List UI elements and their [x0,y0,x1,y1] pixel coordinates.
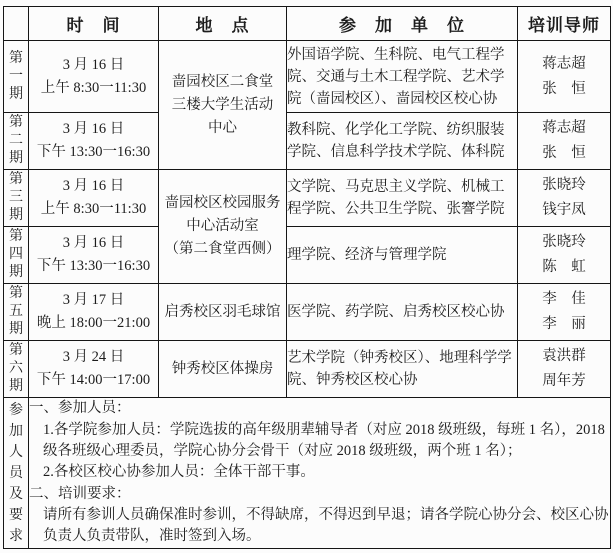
notes-label-cell: 参加人员及要求 [4,398,29,549]
units-cell: 理学院、经济与管理学院 [287,227,518,284]
session-row-1: 第一期 3 月 16 日 上午 8:30一11:30 啬园校区二食堂 三楼大学生… [4,41,611,113]
period-label: 第一期 [9,50,24,104]
units-cell: 教科院、化学化工学院、纺织服装学院、信息科学技术学院、体科院 [287,113,518,170]
period-cell: 第六期 [4,341,29,398]
note-line: 2.各校区校心协参加人员：全体干部干事。 [29,462,610,483]
period-cell: 第五期 [4,284,29,341]
session-row-3: 第三期 3 月 16 日 上午 8:30一11:30 啬园校区校园服务 中心活动… [4,170,611,227]
session-row-6: 第六期 3 月 24 日 下午 14:00一17:00 钟秀校区体操房 艺术学院… [4,341,611,398]
period-cell: 第二期 [4,113,29,170]
header-location-cell: 地 点 [159,7,287,41]
units-cell: 文学院、马克思主义学院、机械工程学院、公共卫生学院、张謇学院 [287,170,518,227]
location-cell: 钟秀校区体操房 [159,341,287,398]
mentor-cell: 蒋志超 张 恒 [518,41,611,113]
notes-label: 参加人员及要求 [9,400,24,547]
mentor-cell: 袁洪群 周年芳 [518,341,611,398]
time-cell: 3 月 16 日 上午 8:30一11:30 [29,170,159,227]
header-units-cell: 参 加 单 位 [287,7,518,41]
time-cell: 3 月 16 日 下午 13:30一16:30 [29,113,159,170]
training-schedule-table: 时 间 地 点 参 加 单 位 培训导师 第一期 3 月 16 日 上午 8:3… [3,6,611,549]
time-cell: 3 月 17 日 晚上 18:00一21:00 [29,284,159,341]
time-cell: 3 月 16 日 下午 13:30一16:30 [29,227,159,284]
units-cell: 艺术学院（钟秀校区）、地理科学学院、钟秀校区校心协 [287,341,518,398]
time-cell: 3 月 24 日 下午 14:00一17:00 [29,341,159,398]
notes-row: 参加人员及要求 一、参加人员： 1.各学院参加人员：学院选拔的高年级朋辈辅导者（… [4,398,611,549]
header-row: 时 间 地 点 参 加 单 位 培训导师 [4,7,611,41]
header-time-cell: 时 间 [29,7,159,41]
location-cell: 啬园校区二食堂 三楼大学生活动 中心 [159,41,287,170]
note-line: 1.各学院参加人员：学院选拔的高年级朋辈辅导者（对应 2018 级班级，每班 1… [29,420,610,441]
location-cell: 启秀校区羽毛球馆 [159,284,287,341]
mentor-cell: 张晓玲 钱宇凤 [518,170,611,227]
period-cell: 第四期 [4,227,29,284]
period-cell: 第三期 [4,170,29,227]
units-cell: 医学院、药学院、启秀校区校心协 [287,284,518,341]
units-cell: 外国语学院、生科院、电气工程学院、交通与土木工程学院、艺术学院（啬园校区）、啬园… [287,41,518,113]
header-period-cell [4,7,29,41]
note-line: 二、培训要求： [29,484,610,505]
period-label: 第三期 [9,171,24,225]
location-cell: 啬园校区校园服务 中心活动室 （第二食堂西侧） [159,170,287,284]
session-row-5: 第五期 3 月 17 日 晚上 18:00一21:00 启秀校区羽毛球馆 医学院… [4,284,611,341]
header-mentor-cell: 培训导师 [518,7,611,41]
mentor-cell: 蒋志超 张 恒 [518,113,611,170]
note-line: 级各班级心理委员，学院心协分会骨干（对应 2018 级班级，两个班 1 名）； [29,441,610,462]
document-page: 时 间 地 点 参 加 单 位 培训导师 第一期 3 月 16 日 上午 8:3… [0,0,613,553]
period-label: 第五期 [9,285,24,339]
period-label: 第六期 [9,342,24,396]
notes-body-cell: 一、参加人员： 1.各学院参加人员：学院选拔的高年级朋辈辅导者（对应 2018 … [29,398,611,549]
session-row-4: 第四期 3 月 16 日 下午 13:30一16:30 理学院、经济与管理学院 … [4,227,611,284]
period-label: 第四期 [9,228,24,282]
session-row-2: 第二期 3 月 16 日 下午 13:30一16:30 教科院、化学化工学院、纺… [4,113,611,170]
note-line: 负责人负责带队，准时签到入场。 [29,526,610,547]
mentor-cell: 张晓玲 陈 虹 [518,227,611,284]
note-line: 请所有参训人员确保准时参训，不得缺席，不得迟到早退；请各学院心协分会、校区心协 [29,505,610,526]
time-cell: 3 月 16 日 上午 8:30一11:30 [29,41,159,113]
mentor-cell: 李 佳 李 丽 [518,284,611,341]
period-cell: 第一期 [4,41,29,113]
note-line: 一、参加人员： [29,398,610,419]
period-label: 第二期 [9,114,24,168]
